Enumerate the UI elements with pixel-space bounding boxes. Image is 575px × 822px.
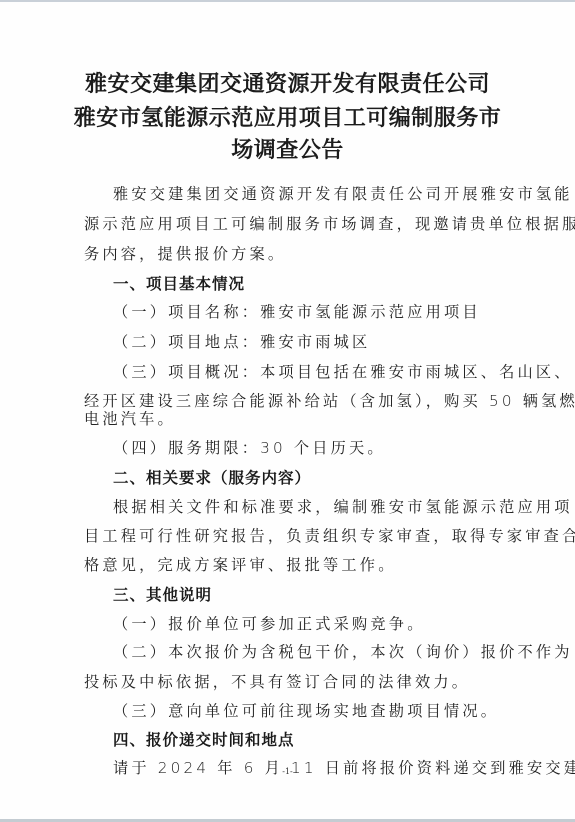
page-number: -1- [0, 767, 575, 776]
document-title-line-2: 雅安市氢能源示范应用项目工可编制服务市 [0, 101, 575, 132]
section-3-line-3: 投标及中标依据，不具有签订合同的法律效力。 [84, 671, 470, 692]
intro-line-3: 务内容，提供报价方案。 [84, 243, 286, 264]
section-1-line-2: （二）项目地点：雅安市雨城区 [113, 331, 370, 352]
section-1-line-3: （三）项目概况：本项目包括在雅安市雨城区、名山区、 [113, 361, 573, 382]
section-3-line-1: （一）报价单位可参加正式采购竞争。 [113, 613, 426, 634]
section-2-heading: 二、相关要求（服务内容） [113, 466, 311, 488]
section-2-line-1: 根据相关文件和标准要求，编制雅安市氢能源示范应用项 [113, 496, 573, 517]
section-1-heading: 一、项目基本情况 [113, 272, 245, 294]
section-3-heading: 三、其他说明 [113, 583, 212, 605]
intro-line-1: 雅安交建集团交通资源开发有限责任公司开展雅安市氢能 [113, 183, 573, 204]
section-2-line-2: 目工程可行性研究报告，负责组织专家审查，取得专家审查合 [84, 525, 575, 546]
section-4-heading: 四、报价递交时间和地点 [113, 728, 295, 750]
viewer-top-border [0, 0, 575, 2]
section-1-line-5: 电池汽车。 [84, 408, 176, 429]
intro-line-2: 源示范应用项目工可编制服务市场调查，现邀请贵单位根据服 [84, 213, 575, 234]
document-title-line-1: 雅安交建集团交通资源开发有限责任公司 [0, 67, 575, 98]
section-2-line-3: 格意见，完成方案评审、报批等工作。 [84, 554, 397, 575]
document-page: 雅安交建集团交通资源开发有限责任公司 雅安市氢能源示范应用项目工可编制服务市 场… [0, 0, 575, 819]
section-3-line-2: （二）本次报价为含税包干价，本次（询价）报价不作为 [113, 641, 573, 662]
section-1-line-1: （一）项目名称：雅安市氢能源示范应用项目 [113, 301, 481, 322]
document-title-line-3: 场调查公告 [0, 133, 575, 164]
section-3-line-4: （三）意向单位可前往现场实地查勘项目情况。 [113, 700, 499, 721]
section-1-line-6: （四）服务期限：30 个日历天。 [113, 437, 386, 458]
